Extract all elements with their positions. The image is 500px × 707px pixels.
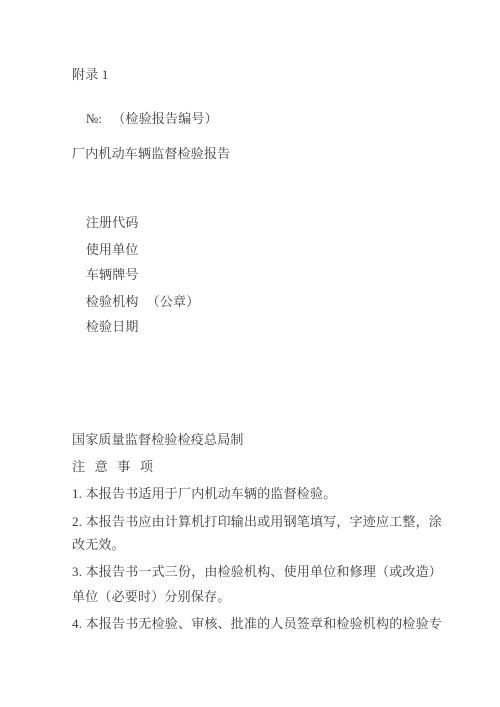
report-number-line: №:（检验报告编号） — [72, 92, 218, 146]
issuer-line: 国家质量监督检验检疫总局制 — [72, 431, 244, 449]
report-title: 厂内机动车辆监督检验报告 — [72, 145, 230, 163]
note-item-3-line-2: 单位（必要时）分别保存。 — [72, 588, 230, 606]
note-item-3-line-1: 3. 本报告书一式三份，由检验机构、使用单位和修理（或改造） — [72, 563, 442, 581]
document-page: 附录 1 №:（检验报告编号） 厂内机动车辆监督检验报告 注册代码 使用单位 车… — [0, 0, 500, 707]
note-item-2-line-2: 改无效。 — [72, 536, 125, 554]
note-item-4: 4. 本报告书无检验、审核、批准的人员签章和检验机构的检验专 — [72, 615, 442, 633]
note-item-2-line-1: 2. 本报告书应由计算机打印输出或用钢笔填写，字迹应工整，涂 — [72, 513, 442, 531]
official-seal-note: （公章） — [147, 294, 200, 309]
note-item-1: 1. 本报告书适用于厂内机动车辆的监督检验。 — [72, 485, 336, 503]
report-number-label: №: — [86, 111, 102, 126]
field-inspection-date: 检验日期 — [72, 300, 139, 354]
field-label: 检验日期 — [86, 319, 139, 334]
report-number-hint: （检验报告编号） — [112, 111, 218, 126]
notes-heading: 注 意 事 项 — [72, 458, 153, 476]
appendix-label: 附录 1 — [72, 66, 109, 84]
